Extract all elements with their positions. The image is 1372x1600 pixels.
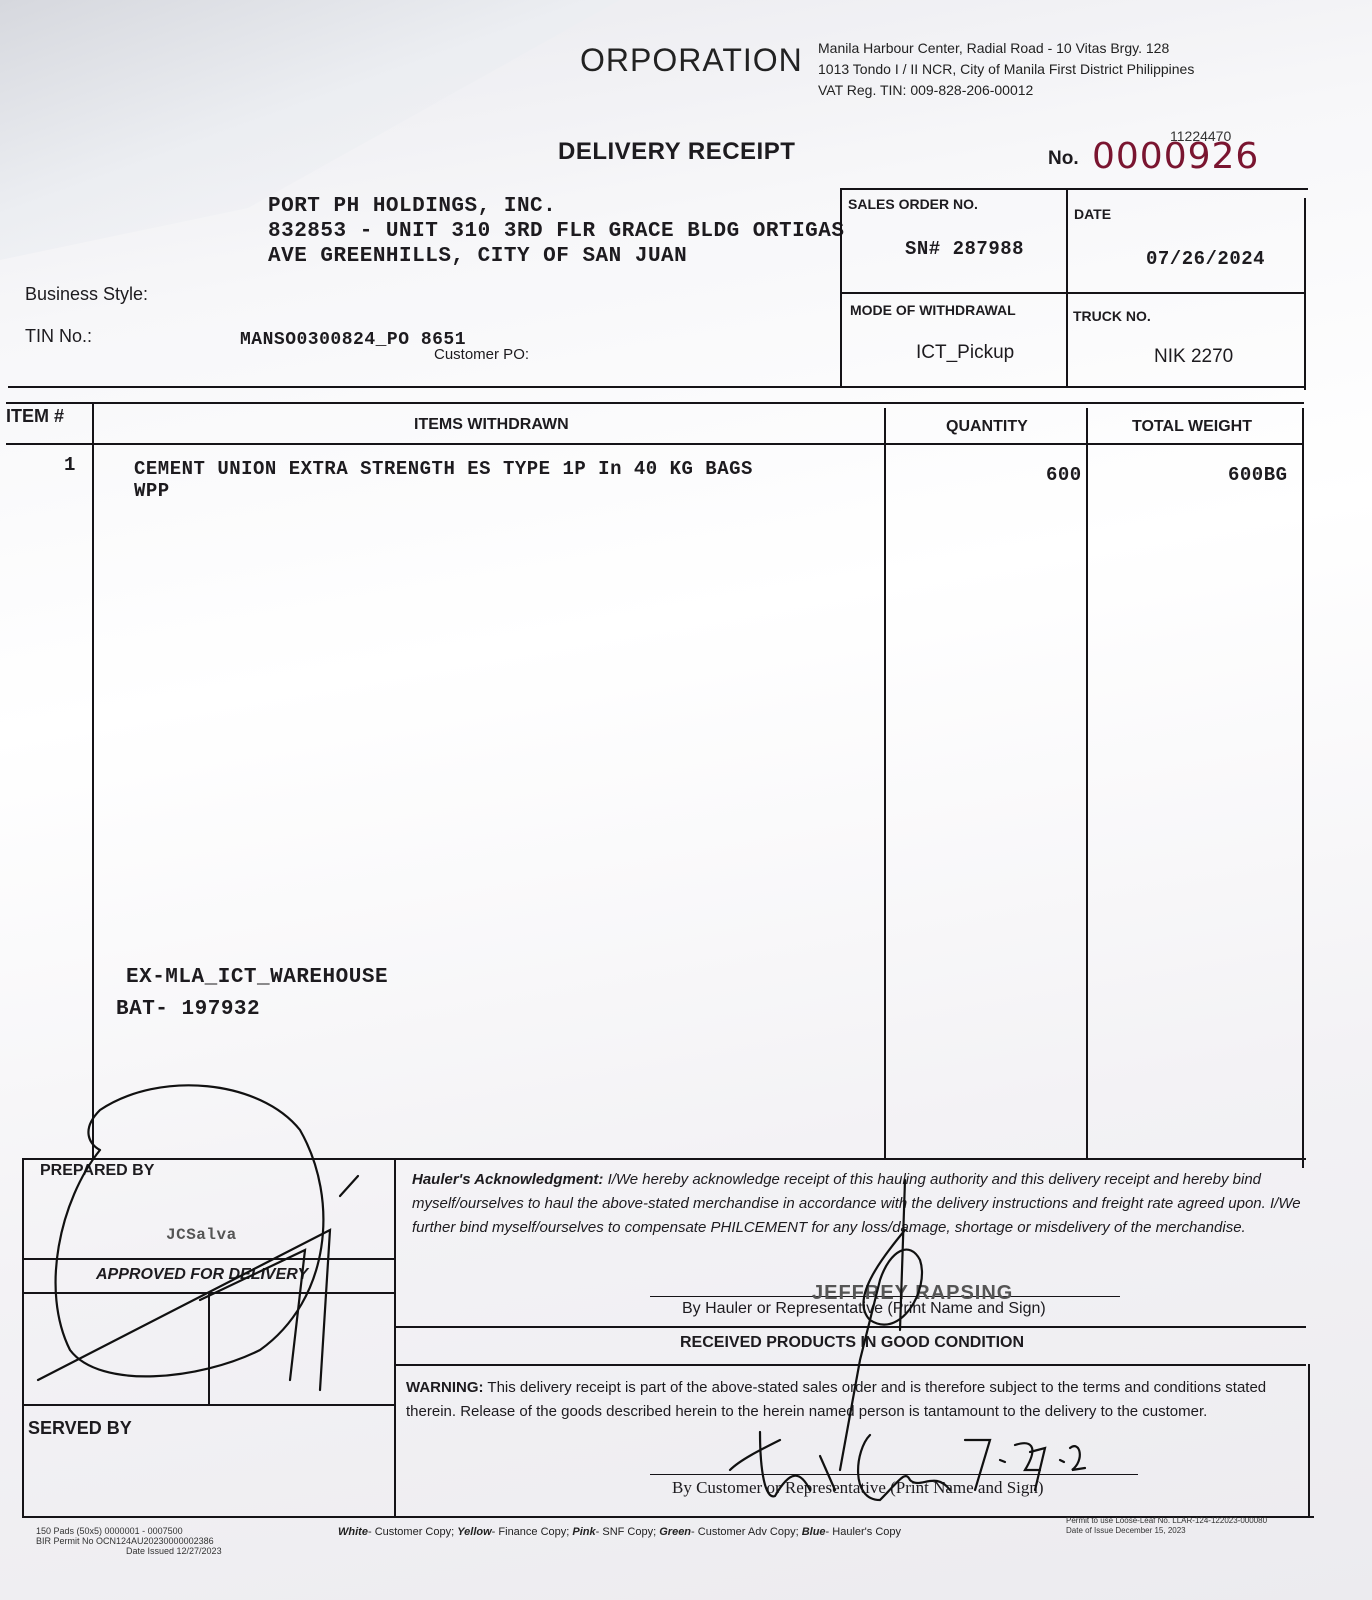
warning-text: WARNING: This delivery receipt is part o… [406, 1376, 1302, 1424]
copy-distribution: White- Customer Copy; Yellow- Finance Co… [338, 1526, 901, 1538]
customer-sign-label: By Customer or Representative (Print Nam… [672, 1478, 1044, 1498]
copy-yellow-color: Yellow [457, 1526, 491, 1538]
receipt-number-overprint: 11224470 [1170, 128, 1231, 144]
copy-pink-color: Pink [572, 1526, 595, 1538]
copy-blue-color: Blue [802, 1526, 826, 1538]
col-quantity: QUANTITY [946, 418, 1028, 436]
copy-white-label: Customer Copy; [375, 1526, 454, 1538]
customer-po-label: Customer PO: [434, 346, 529, 363]
warehouse-note: EX-MLA_ICT_WAREHOUSE [126, 966, 388, 989]
received-condition-label: RECEIVED PRODUCTS IN GOOD CONDITION [680, 1334, 1024, 1352]
prepared-by-label: PREPARED BY [40, 1162, 154, 1180]
customer-block: PORT PH HOLDINGS, INC. 832853 - UNIT 310… [268, 194, 845, 269]
batch-note: BAT- 197932 [116, 998, 260, 1021]
warning-heading: WARNING: [406, 1379, 484, 1396]
address-line-3: VAT Reg. TIN: 009-828-206-00012 [818, 80, 1194, 101]
served-by-label: SERVED BY [28, 1418, 132, 1439]
customer-address-1: 832853 - UNIT 310 3RD FLR GRACE BLDG ORT… [268, 219, 845, 244]
date-label: DATE [1074, 206, 1111, 222]
customer-address-2: AVE GREENHILLS, CITY OF SAN JUAN [268, 244, 845, 269]
footer-date-issued: Date Issued 12/27/2023 [36, 1546, 222, 1556]
item-description-line-2: WPP [134, 480, 753, 502]
customer-name: PORT PH HOLDINGS, INC. [268, 194, 845, 219]
truck-value: NIK 2270 [1154, 346, 1233, 368]
copy-green-color: Green [659, 1526, 691, 1538]
receipt-number-label: No. [1048, 148, 1079, 170]
item-total-weight: 600BG [1228, 464, 1288, 486]
business-style-label: Business Style: [25, 284, 148, 305]
address-line-1: Manila Harbour Center, Radial Road - 10 … [818, 38, 1194, 59]
mode-label: MODE OF WITHDRAWAL [850, 302, 1016, 318]
loose-leaf-permit-no: Permit to use Loose-Leaf No. LLAR-124-12… [1066, 1516, 1267, 1526]
truck-label: TRUCK NO. [1073, 308, 1151, 324]
item-quantity: 600 [1046, 464, 1082, 486]
approved-for-delivery-label: APPROVED FOR DELIVERY [96, 1266, 308, 1284]
item-number: 1 [64, 454, 76, 476]
copy-green-label: Customer Adv Copy; [698, 1526, 799, 1538]
copy-blue-label: Hauler's Copy [832, 1526, 901, 1538]
footer-pads: 150 Pads (50x5) 0000001 - 0007500 [36, 1526, 222, 1536]
col-item-no: ITEM # [6, 406, 64, 427]
copy-white-color: White [338, 1526, 368, 1538]
hauler-ack-heading: Hauler's Acknowledgment: [412, 1171, 603, 1188]
tin-label: TIN No.: [25, 326, 92, 347]
sales-order-label: SALES ORDER NO. [848, 196, 978, 212]
address-line-2: 1013 Tondo I / II NCR, City of Manila Fi… [818, 59, 1194, 80]
loose-leaf-date: Date of Issue December 15, 2023 [1066, 1526, 1267, 1536]
company-name: ORPORATION [580, 42, 803, 79]
copy-pink-label: SNF Copy; [602, 1526, 656, 1538]
hauler-sign-label: By Hauler or Representative (Print Name … [682, 1300, 1046, 1318]
date-value: 07/26/2024 [1146, 248, 1265, 270]
footer-print-info: 150 Pads (50x5) 0000001 - 0007500 BIR Pe… [36, 1526, 222, 1556]
sales-order-value: SN# 287988 [905, 238, 1024, 260]
col-total-weight: TOTAL WEIGHT [1132, 418, 1252, 436]
document-title: DELIVERY RECEIPT [558, 138, 795, 166]
tin-value: MANSO0300824_PO 8651 [240, 330, 466, 350]
warning-body: This delivery receipt is part of the abo… [406, 1379, 1266, 1420]
item-description: CEMENT UNION EXTRA STRENGTH ES TYPE 1P I… [134, 458, 753, 502]
col-items-withdrawn: ITEMS WITHDRAWN [414, 416, 569, 434]
hauler-acknowledgment: Hauler's Acknowledgment: I/We hereby ack… [412, 1168, 1302, 1240]
item-description-line-1: CEMENT UNION EXTRA STRENGTH ES TYPE 1P I… [134, 458, 753, 480]
company-address: Manila Harbour Center, Radial Road - 10 … [818, 38, 1194, 101]
footer-bir-permit: BIR Permit No OCN124AU20230000002386 [36, 1536, 222, 1546]
copy-yellow-label: Finance Copy; [498, 1526, 569, 1538]
mode-value: ICT_Pickup [916, 342, 1014, 364]
prepared-by-value: JCSalva [166, 1226, 237, 1244]
loose-leaf-permit: Permit to use Loose-Leaf No. LLAR-124-12… [1066, 1516, 1267, 1536]
